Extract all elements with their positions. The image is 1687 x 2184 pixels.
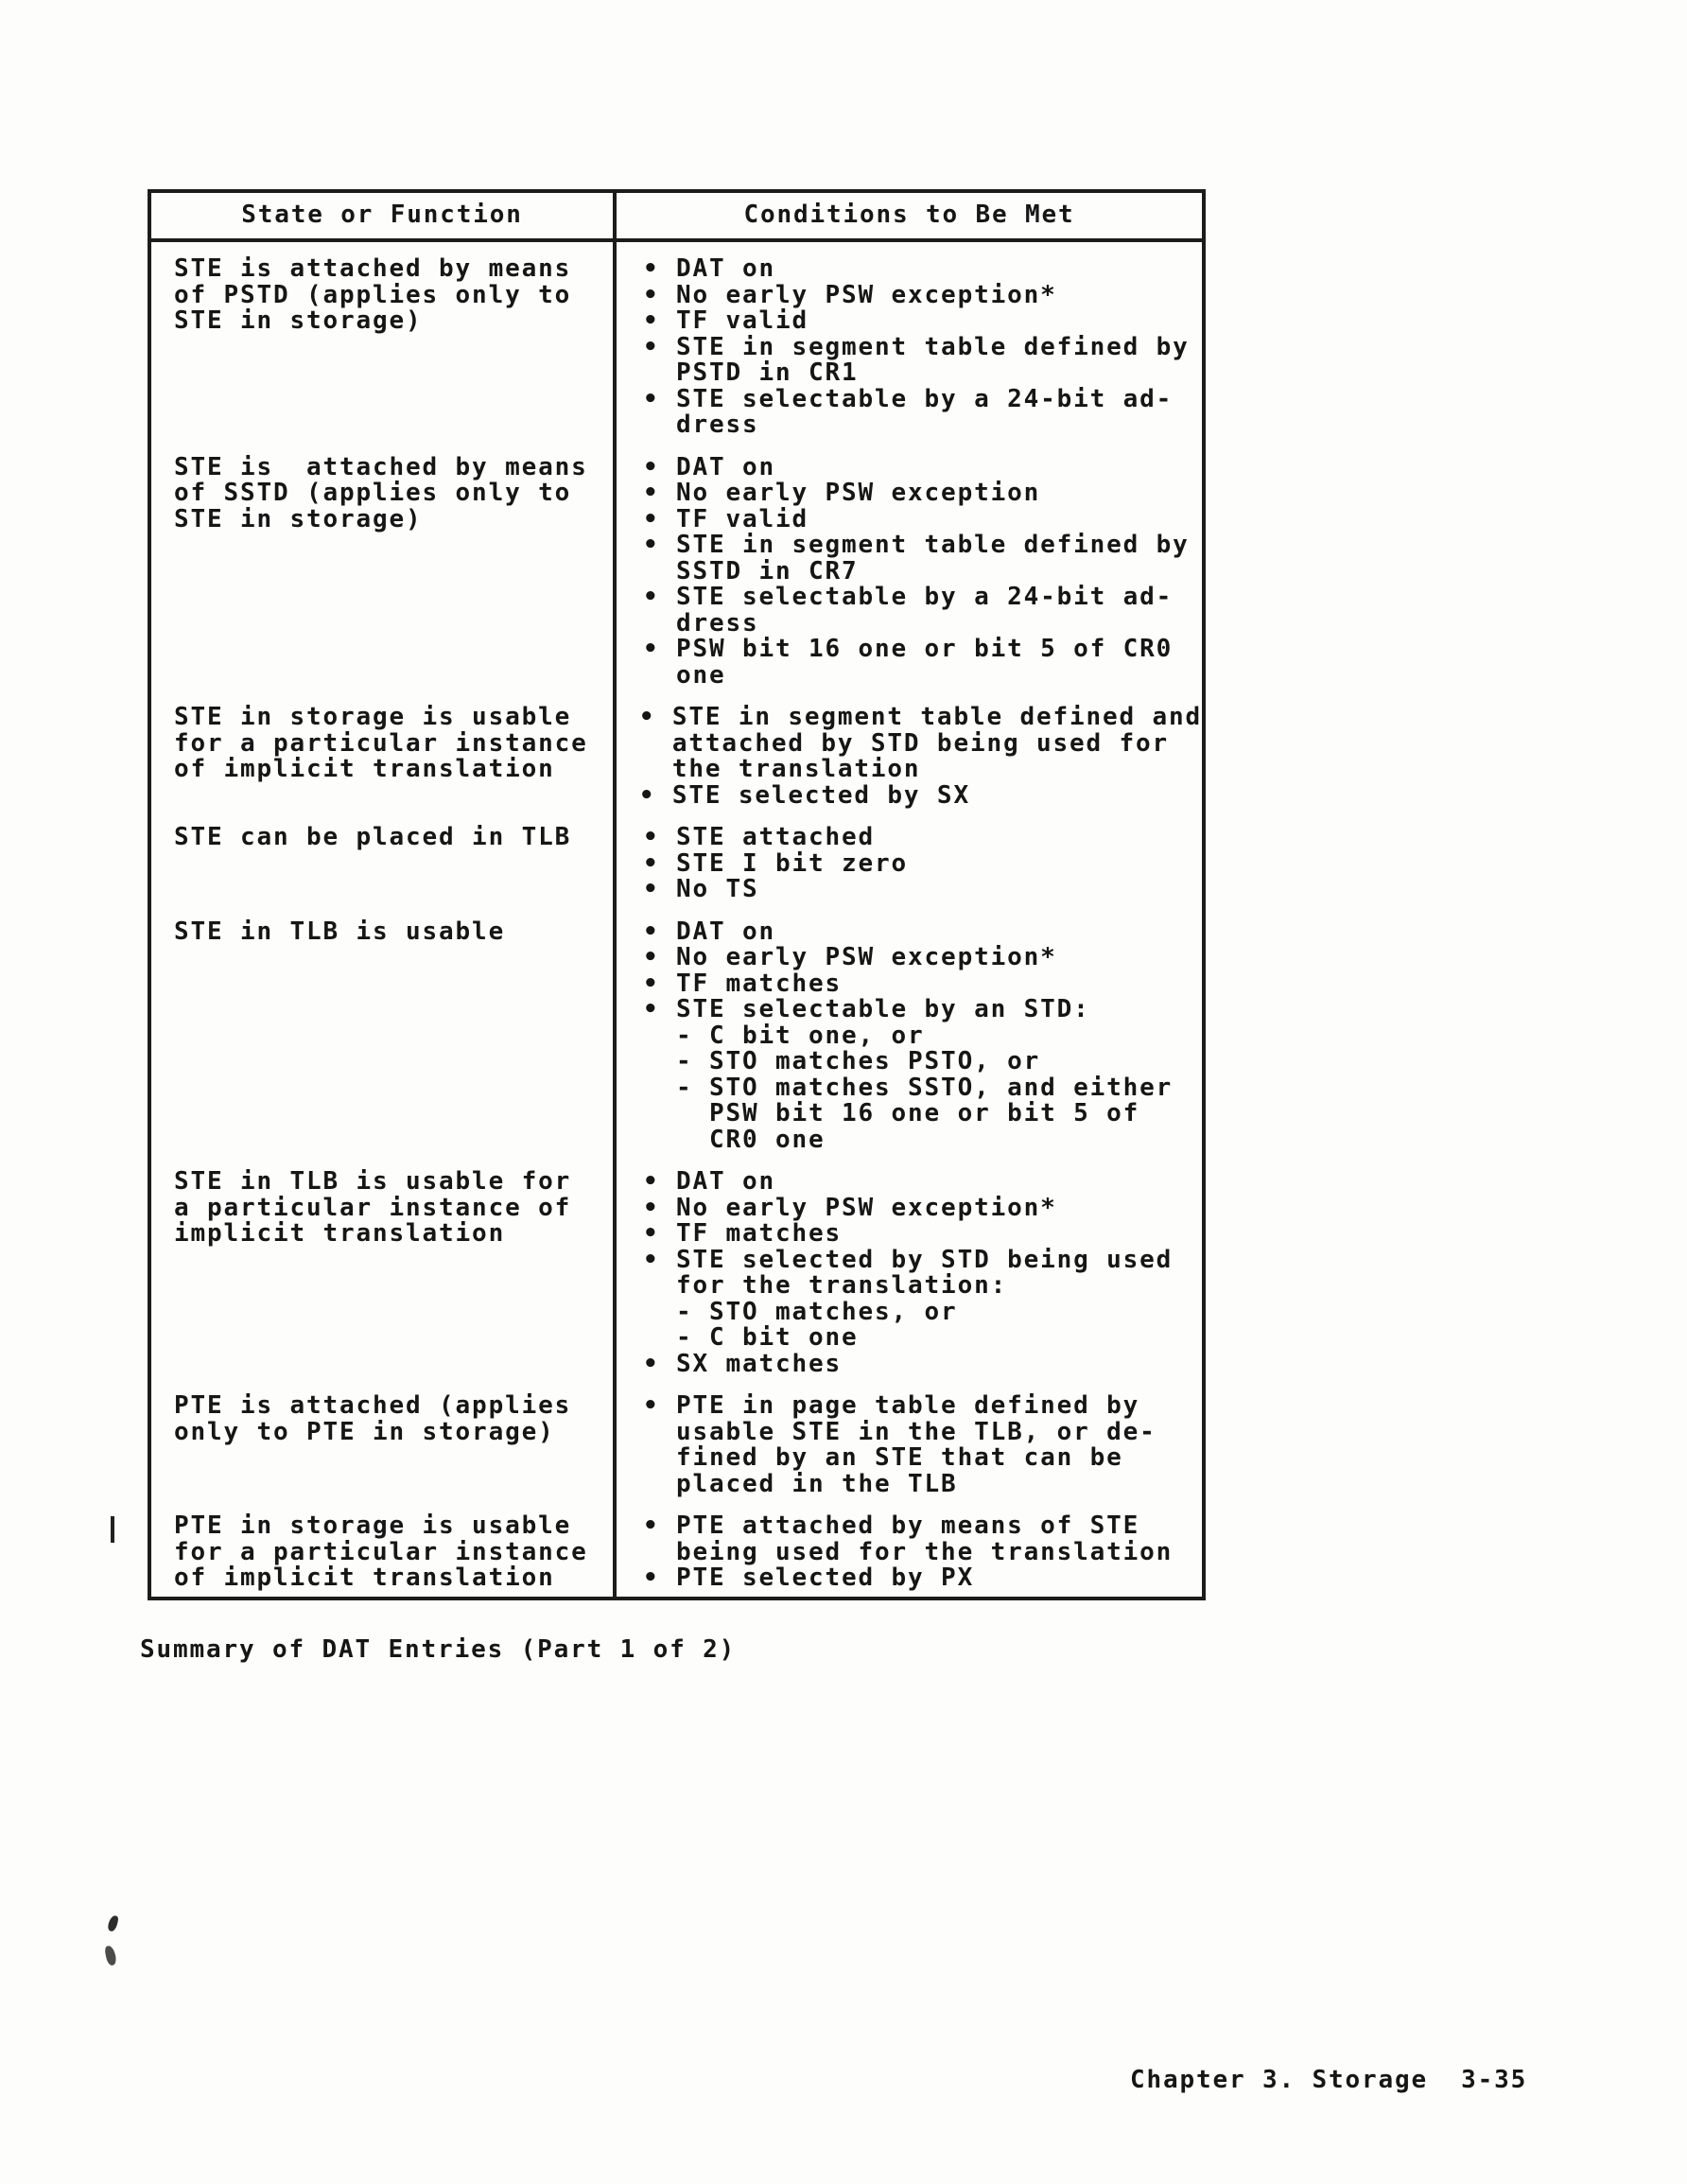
table-rows: STE is attached by means of PSTD (applie… [151, 256, 1202, 1592]
state-cell: STE in storage is usable for a particula… [151, 705, 613, 809]
column-divider [613, 242, 617, 1597]
table-row: STE is attached by means of PSTD (applie… [151, 256, 1202, 439]
table-row: PTE in storage is usable for a particula… [151, 1513, 1202, 1592]
ink-speck [104, 1945, 117, 1966]
conditions-cell: • DAT on • No early PSW exception* • TF … [617, 256, 1202, 439]
state-cell: PTE is attached (applies only to PTE in … [151, 1393, 617, 1497]
state-cell: STE is attached by means of SSTD (applie… [151, 455, 617, 690]
dat-summary-table: State or Function Conditions to Be Met S… [148, 189, 1206, 1600]
table-row: STE can be placed in TLB• STE attached •… [151, 825, 1202, 903]
page-footer: Chapter 3. Storage 3-35 [1130, 2068, 1527, 2094]
conditions-cell: • STE in segment table defined and attac… [613, 705, 1202, 809]
change-bar [111, 1516, 114, 1543]
column-header-conditions: Conditions to Be Met [617, 193, 1202, 238]
state-cell: STE in TLB is usable for a particular in… [151, 1169, 617, 1377]
conditions-cell: • DAT on • No early PSW exception* • TF … [617, 919, 1202, 1154]
scanned-page: State or Function Conditions to Be Met S… [0, 0, 1687, 2184]
table-row: PTE is attached (applies only to PTE in … [151, 1393, 1202, 1497]
state-cell: STE is attached by means of PSTD (applie… [151, 256, 617, 439]
conditions-cell: • DAT on • No early PSW exception* • TF … [617, 1169, 1202, 1377]
state-cell: STE can be placed in TLB [151, 825, 617, 903]
table-caption: Summary of DAT Entries (Part 1 of 2) [140, 1637, 736, 1664]
conditions-cell: • STE attached • STE I bit zero • No TS [617, 825, 1202, 903]
state-cell: PTE in storage is usable for a particula… [151, 1513, 617, 1592]
state-cell: STE in TLB is usable [151, 919, 617, 1154]
ink-speck [107, 1914, 119, 1932]
column-header-state: State or Function [151, 193, 617, 238]
conditions-cell: • PTE in page table defined by usable ST… [617, 1393, 1202, 1497]
table-row: STE in TLB is usable• DAT on • No early … [151, 919, 1202, 1154]
conditions-cell: • PTE attached by means of STE being use… [617, 1513, 1202, 1592]
table-row: STE in TLB is usable for a particular in… [151, 1169, 1202, 1377]
table-body: STE is attached by means of PSTD (applie… [151, 242, 1202, 1597]
table-row: STE in storage is usable for a particula… [151, 705, 1202, 809]
table-header-row: State or Function Conditions to Be Met [151, 193, 1202, 242]
table-row: STE is attached by means of SSTD (applie… [151, 455, 1202, 690]
conditions-cell: • DAT on • No early PSW exception • TF v… [617, 455, 1202, 690]
